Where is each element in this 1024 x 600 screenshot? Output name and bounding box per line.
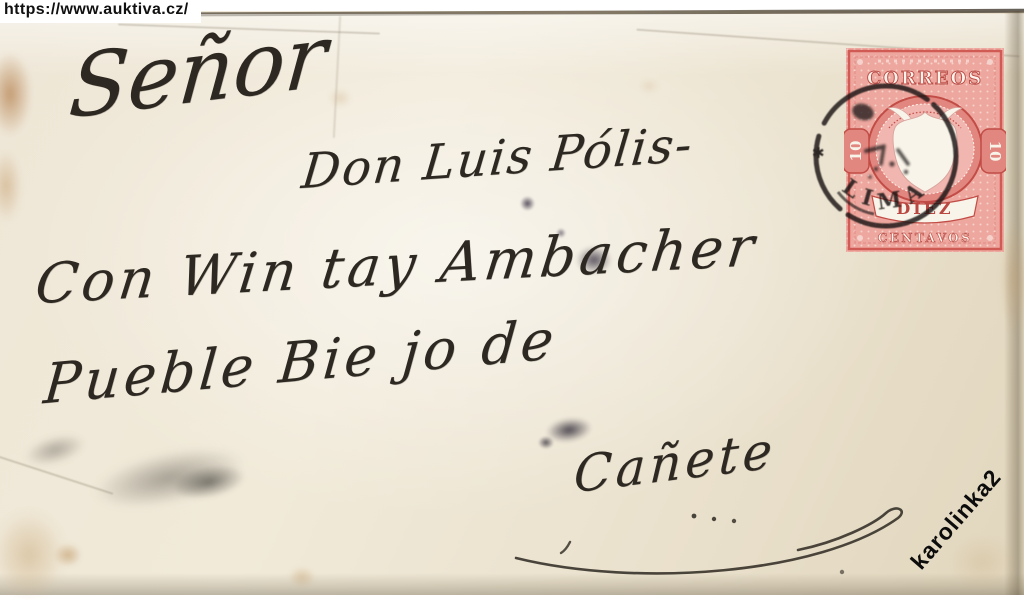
postmark-city-text: LIMA xyxy=(837,174,934,216)
postmark-star: ✱ xyxy=(812,145,825,162)
lima-postmark: ✱ LIMA xyxy=(806,76,966,236)
denomination-right-text: 10 xyxy=(986,141,1004,162)
ink-comma xyxy=(561,542,570,553)
signature-flourish xyxy=(498,486,930,590)
envelope-photo: Señor Don Luis Pólis- Con Win tay Ambach… xyxy=(0,0,1024,595)
auction-url-watermark: https://www.auktiva.cz/ xyxy=(0,0,201,23)
postmark-date-smudge xyxy=(850,101,908,179)
denomination-tab-right: 10 xyxy=(981,129,1006,173)
